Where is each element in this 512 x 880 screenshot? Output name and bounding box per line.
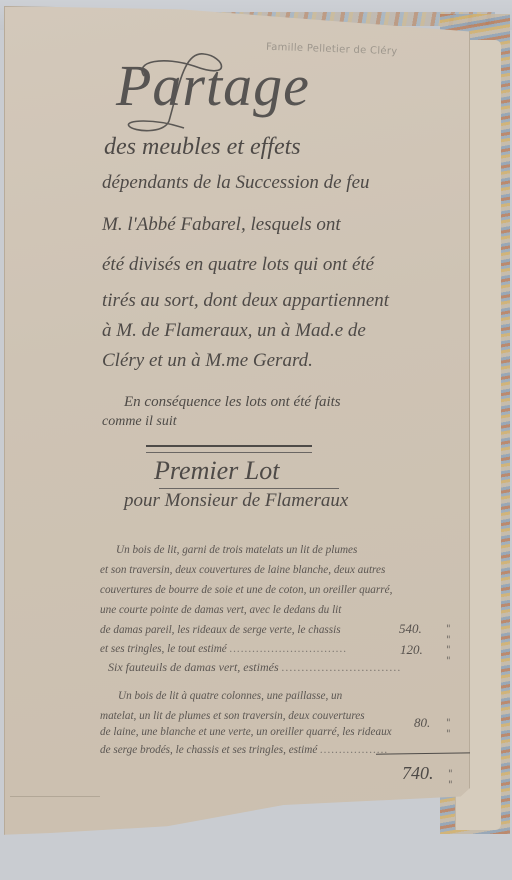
item-text-line: de laine, une blanche et une verte, un o… (100, 726, 392, 738)
item-amount: 120. (400, 642, 423, 658)
manuscript-page: Famille Pelletier de Cléry Partage des m… (4, 6, 470, 856)
lot-title: Premier Lot (154, 456, 279, 486)
item-amount-sub: " " (446, 624, 470, 646)
heading-line: à M. de Flameraux, un à Mad.e de (102, 320, 366, 342)
heading-line: tirés au sort, dont deux appartiennent (102, 290, 389, 312)
consequence-line: comme il suit (102, 414, 177, 430)
item-amount-sub: " " (446, 645, 470, 667)
lot-subtitle: pour Monsieur de Flameraux (124, 490, 348, 512)
item-text-line: de serge brodés, le chassis et ses tring… (100, 744, 388, 756)
heading-line: dépendants de la Succession de feu (102, 172, 370, 194)
item-text: Six fauteuils de damas vert, estimés (108, 660, 279, 674)
heading-line: M. l'Abbé Fabarel, lesquels ont (102, 214, 341, 236)
item-text-line: une courte pointe de damas vert, avec le… (100, 604, 341, 616)
heading-line: des meubles et effets (104, 134, 301, 161)
item-text-line: couvertures de bourre de soie et une de … (100, 584, 392, 596)
consequence-line: En conséquence les lots ont été faits (124, 394, 341, 411)
section-divider (146, 445, 312, 453)
item-amount-sub: " " (446, 718, 470, 740)
leader-dots: .............................. (282, 660, 402, 674)
item-text-line: et son traversin, deux couvertures de la… (100, 564, 385, 576)
document-title: Partage (116, 52, 310, 119)
faint-show-through-line (10, 796, 100, 797)
item-text-line: Six fauteuils de damas vert, estimés ...… (108, 660, 402, 675)
item-text: et ses tringles, le tout estimé (100, 643, 227, 655)
item-text-line: matelat, un lit de plumes et son travers… (100, 710, 365, 722)
total-sub: " " (448, 769, 470, 791)
item-text-line: et ses tringles, le tout estimé ........… (100, 643, 347, 655)
total-rule (376, 752, 482, 754)
item-amount: 80. (414, 715, 430, 731)
item-text-line: de damas pareil, les rideaux de serge ve… (100, 624, 341, 636)
item-text: de serge brodés, le chassis et ses tring… (100, 744, 317, 756)
lot-total: 740. (402, 763, 434, 784)
lot-title-underline (159, 488, 339, 489)
heading-line: été divisés en quatre lots qui ont été (102, 254, 374, 276)
item-amount: 540. (399, 621, 422, 637)
leader-dots: ............................... (230, 643, 348, 655)
heading-line: Cléry et un à M.me Gerard. (102, 350, 313, 372)
item-text-line: Un bois de lit à quatre colonnes, une pa… (118, 690, 342, 702)
item-text-line: Un bois de lit, garni de trois matelats … (116, 544, 357, 556)
